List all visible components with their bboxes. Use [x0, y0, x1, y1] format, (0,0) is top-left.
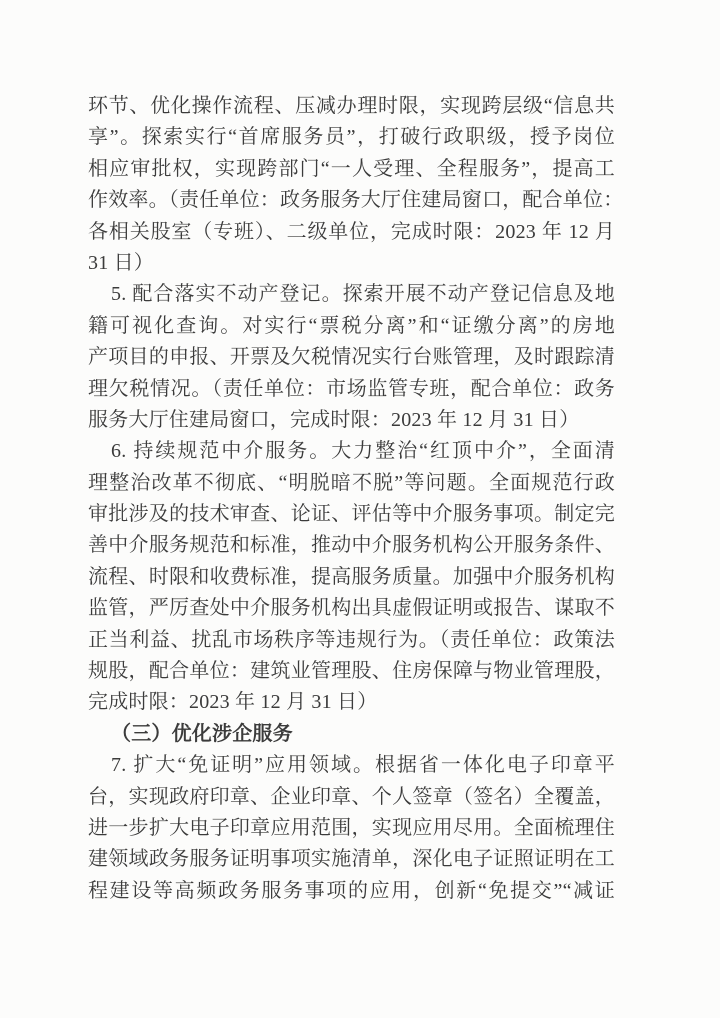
text-line: 籍可视化查询。对实行“票税分离”和“证缴分离”的房地	[88, 311, 615, 342]
text-line: 服务大厅住建局窗口，完成时限：2023 年 12 月 31 日）	[88, 405, 615, 436]
text-line: 建领域政务服务证明事项实施清单，深化电子证照证明在工	[88, 844, 615, 875]
text-line: 台，实现政府印章、企业印章、个人签章（签名）全覆盖，	[88, 782, 615, 813]
text-line: 审批涉及的技术审查、论证、评估等中介服务事项。制定完	[88, 499, 615, 530]
text-line: 产项目的申报、开票及欠税情况实行台账管理，及时跟踪清	[88, 342, 615, 373]
text-line: 享”。探索实行“首席服务员”，打破行政职级，授予岗位	[88, 122, 615, 153]
section-heading: （三）优化涉企服务	[88, 719, 615, 750]
text-line: 相应审批权，实现跨部门“一人受理、全程服务”，提高工	[88, 154, 615, 185]
text-line: 理欠税情况。（责任单位：市场监管专班，配合单位：政务	[88, 374, 615, 405]
text-line: 流程、时限和收费标准，提高服务质量。加强中介服务机构	[88, 562, 615, 593]
text-line: 进一步扩大电子印章应用范围，实现应用尽用。全面梳理住	[88, 813, 615, 844]
text-line: 程建设等高频政务服务事项的应用，创新“免提交”“减证	[88, 876, 615, 907]
text-line: 7. 扩大“免证明”应用领域。根据省一体化电子印章平	[88, 750, 615, 781]
text-line: 理整治改革不彻底、“明脱暗不脱”等问题。全面规范行政	[88, 468, 615, 499]
text-line: 31 日）	[88, 248, 615, 279]
text-line: 监管，严厉查处中介服务机构出具虚假证明或报告、谋取不	[88, 593, 615, 624]
text-line: 各相关股室（专班）、二级单位，完成时限：2023 年 12 月	[88, 217, 615, 248]
text-line: 完成时限：2023 年 12 月 31 日）	[88, 687, 615, 718]
text-line: 正当利益、扰乱市场秩序等违规行为。（责任单位：政策法	[88, 625, 615, 656]
text-block: 环节、优化操作流程、压减办理时限，实现跨层级“信息共享”。探索实行“首席服务员”…	[88, 91, 615, 907]
text-line: 6. 持续规范中介服务。大力整治“红顶中介”，全面清	[88, 436, 615, 467]
text-line: 环节、优化操作流程、压减办理时限，实现跨层级“信息共	[88, 91, 615, 122]
text-line: 善中介服务规范和标准，推动中介服务机构公开服务条件、	[88, 530, 615, 561]
document-page: 环节、优化操作流程、压减办理时限，实现跨层级“信息共享”。探索实行“首席服务员”…	[0, 0, 720, 1018]
text-line: 作效率。（责任单位：政务服务大厅住建局窗口，配合单位：	[88, 185, 615, 216]
text-line: 5. 配合落实不动产登记。探索开展不动产登记信息及地	[88, 279, 615, 310]
text-line: 规股，配合单位：建筑业管理股、住房保障与物业管理股，	[88, 656, 615, 687]
